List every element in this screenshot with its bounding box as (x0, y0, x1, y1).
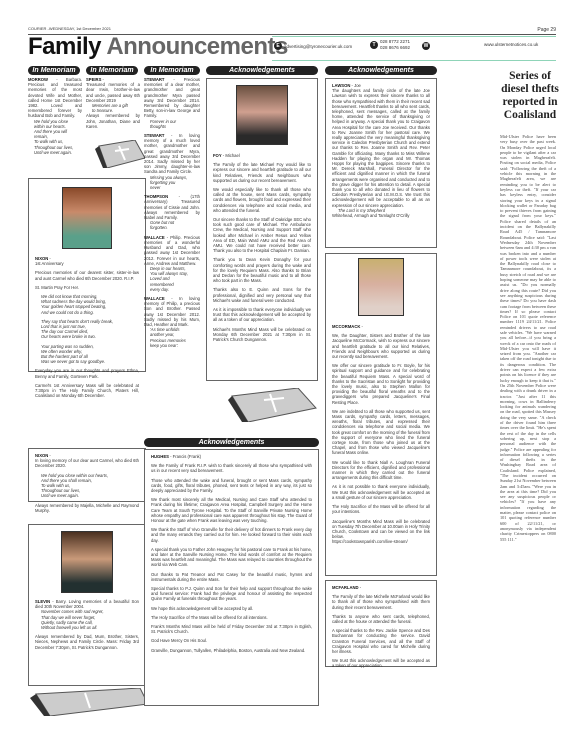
notice-foy: FOY - Michael The Family of the late Mic… (206, 78, 318, 381)
photo-foy (236, 85, 288, 145)
web-contact[interactable]: W (422, 42, 430, 50)
notice-wallace-2: WALLACE - In loving memory of Philip, a … (144, 296, 200, 348)
notice-mcfarland: MCFARLAND - The Family of the late Miche… (325, 580, 437, 667)
page-title: Family Announcements (28, 34, 288, 60)
notice-nixon-1: NIXON - 1st Anniversary Precious memorie… (28, 252, 146, 372)
website-link[interactable]: www.ulsternetnotices.co.uk (484, 42, 538, 47)
contact-bar: E advertising@tyronecourier.uk.com T 028… (272, 36, 556, 61)
email-contact[interactable]: E advertising@tyronecourier.uk.com (274, 42, 352, 50)
news-body: Mid-Ulster Police have been very busy ov… (500, 134, 556, 694)
photo-nixon (62, 187, 112, 249)
page-number: Page 29 (537, 27, 556, 33)
livestream-link[interactable]: https://cookstownparish.com/live-stream/ (332, 539, 430, 544)
notice-nixon-2: NIXON - In loving memory of our dear aun… (28, 448, 146, 502)
section-header-acknowledgements: Acknowledgements (325, 66, 437, 75)
bible-icon (228, 388, 318, 422)
section-header-in-memoriam: In Memoriam (28, 66, 80, 75)
notice-hughes: HUGHES - Francis (Frank) We the Family o… (144, 449, 319, 706)
section-header-acknowledgements: Acknowledgements (206, 66, 318, 75)
notice-slevin: SLEVIN - Barry. Loving memories of a bea… (28, 524, 146, 686)
notice-morrow: MORROW - Barbara. Precious and treasured… (28, 77, 82, 155)
phone-icon: T (370, 41, 378, 49)
phone-contact[interactable]: T 028 8772 2271 028 8676 6692 (370, 39, 410, 51)
issue-date: COURIER -WEDNESDAY, 1st December 2021 (28, 26, 111, 31)
email-icon: E (274, 42, 282, 50)
notice-mccormack: MCCORMACK - We, the Daughter, Sisters an… (325, 253, 437, 576)
notice-lawson: LAWSON - Joe The daughters and family ci… (325, 78, 437, 248)
section-header-in-memoriam: In Memoriam (144, 66, 200, 75)
notice-stewart-2: STEWART - In loving memory of a much lov… (144, 133, 200, 190)
web-icon: W (422, 42, 430, 50)
notice-speirs: SPEIRS - Treasured memories of a dear Ir… (86, 77, 140, 129)
section-header-acknowledgements: Acknowledgements (144, 438, 319, 447)
bible-icon (95, 140, 145, 168)
notice-wallace-1: WALLACE - Philip. Precious memories of a… (144, 235, 200, 292)
notice-stewart-1: STEWART - Precious memories of a dear mo… (144, 77, 200, 129)
notices-col3: STEWART - Precious memories of a dear mo… (144, 77, 200, 352)
photo-slevin (61, 531, 113, 593)
news-headline: Series of diesel thefts reported in Coal… (500, 70, 560, 122)
section-header-in-memoriam: In Memoriam (86, 66, 138, 75)
photo-mccormack (358, 258, 404, 316)
notice-thompson: THOMPSON - (17th Anniversary) Treasured … (144, 194, 200, 230)
bible-icon (30, 688, 150, 716)
